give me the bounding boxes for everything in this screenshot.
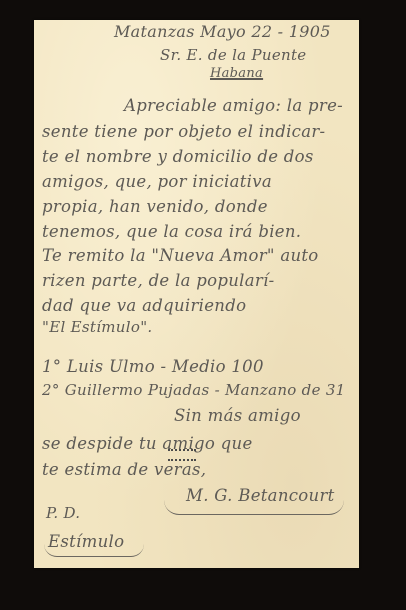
closing-line-3: te estima de veras, [42, 460, 206, 479]
closing-line-1: Sin más amigo [174, 406, 301, 425]
body-line-8: rizen parte, de la popularí- [42, 271, 275, 290]
list-item-2: 2° Guillermo Pujadas - Manzano de 31 [42, 381, 346, 399]
signature-flourish [164, 500, 344, 515]
place-date: Matanzas Mayo 22 - 1905 [114, 22, 331, 41]
ink-blot [168, 449, 196, 461]
addressee: Sr. E. de la Puente [160, 46, 306, 64]
body-line-9: dad que va adquiriendo [42, 296, 246, 315]
body-line-1: Apreciable amigo: la pre- [124, 96, 343, 115]
body-line-6: tenemos, que la cosa irá bien. [42, 222, 301, 241]
body-line-7: Te remito la "Nueva Amor" auto [42, 246, 319, 265]
body-line-2: sente tiene por objeto el indicar- [42, 122, 325, 141]
postscript-label: P. D. [46, 504, 80, 522]
body-line-4: amigos, que, por iniciativa [42, 172, 272, 191]
body-line-3: te el nombre y domicilio de dos [42, 147, 314, 166]
city: Habana [210, 66, 263, 81]
body-line-10: "El Estímulo". [42, 318, 152, 336]
letter-card: Matanzas Mayo 22 - 1905 Sr. E. de la Pue… [34, 20, 359, 568]
body-line-5: propia, han venido, donde [42, 197, 268, 216]
list-item-1: 1° Luis Ulmo - Medio 100 [42, 357, 264, 376]
closing-line-2: se despide tu amigo que [42, 434, 253, 453]
postscript-flourish [44, 544, 144, 557]
